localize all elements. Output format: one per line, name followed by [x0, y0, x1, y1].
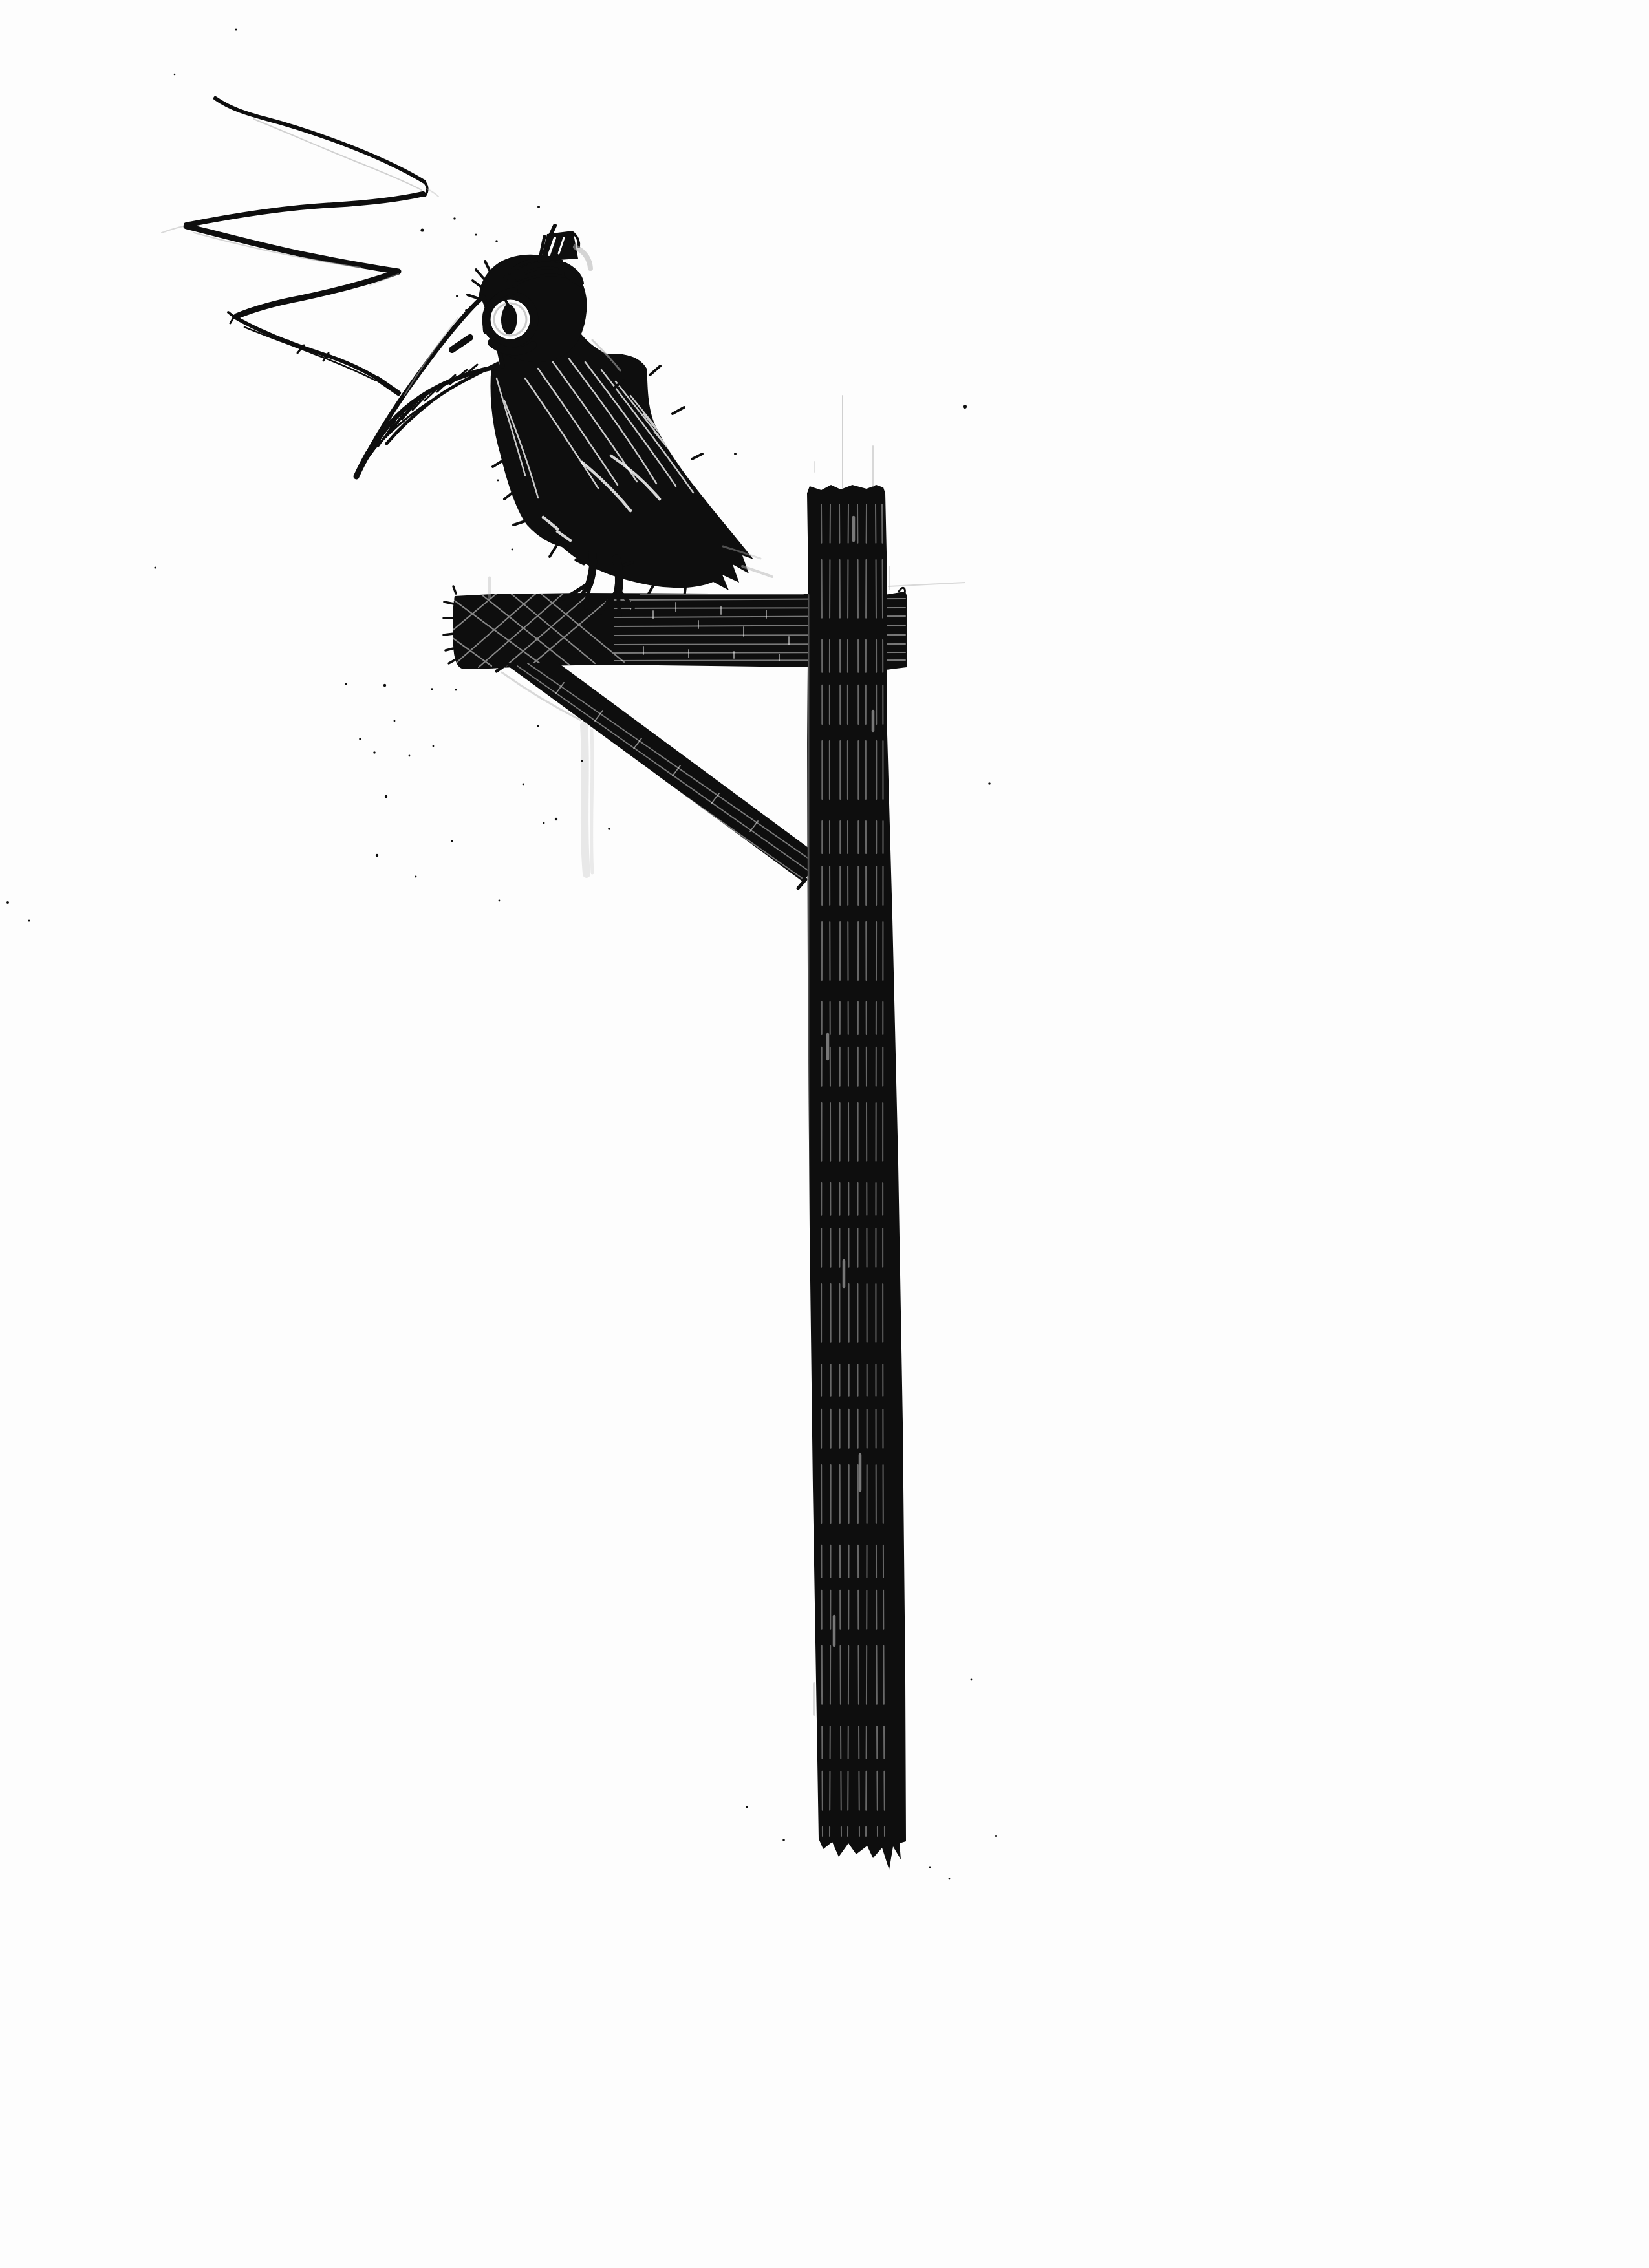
ink-speck [451, 840, 453, 842]
ink-speck [409, 755, 411, 757]
ink-speck [383, 684, 386, 687]
ink-speck [456, 295, 458, 297]
ink-speck [608, 828, 610, 830]
ink-speck [345, 683, 347, 685]
ink-speck [475, 233, 477, 235]
ink-speck [537, 206, 540, 208]
ink-speck [6, 901, 9, 904]
ink-speck [497, 480, 499, 482]
brace-drip-smudge-wide [584, 725, 587, 874]
ink-speck [420, 228, 424, 231]
ink-speck [235, 29, 237, 31]
ink-speck [394, 720, 396, 722]
ink-speck [543, 822, 545, 824]
ink-speck [433, 745, 435, 747]
ink-speck [495, 240, 498, 242]
ink-speck [154, 566, 156, 568]
ink-speck [555, 818, 557, 820]
brace-drip-smudge-thin [592, 731, 592, 873]
ink-speck [537, 725, 539, 727]
ink-speck [359, 738, 361, 740]
ink-speck [995, 1835, 997, 1837]
right-leg [616, 559, 620, 591]
ink-speck [963, 405, 967, 409]
ink-speck [453, 217, 456, 220]
left-leg [589, 553, 593, 584]
ink-speck [385, 795, 387, 798]
drawing-canvas: Hand-drawn black ink sketch on white pap… [0, 0, 1649, 2268]
ink-speck [988, 782, 991, 785]
ink-speck [415, 876, 417, 878]
ink-speck [523, 784, 524, 786]
sketch-page: Hand-drawn black ink sketch on white pap… [0, 0, 1649, 2268]
ink-speck [455, 689, 457, 691]
ink-speck [512, 549, 513, 551]
ink-speck [431, 688, 433, 690]
ink-speck [376, 854, 378, 857]
ink-speck [734, 453, 737, 455]
ink-speck [929, 1867, 931, 1868]
ink-speck [746, 1806, 748, 1808]
ink-speck [971, 1679, 973, 1681]
ink-speck [499, 900, 501, 902]
ink-speck [535, 530, 538, 533]
ink-speck [949, 1878, 951, 1880]
ink-speck [373, 751, 376, 754]
ink-speck [28, 920, 30, 922]
ink-speck [174, 74, 176, 76]
ink-speck [782, 1839, 785, 1841]
ink-speck [581, 760, 583, 762]
